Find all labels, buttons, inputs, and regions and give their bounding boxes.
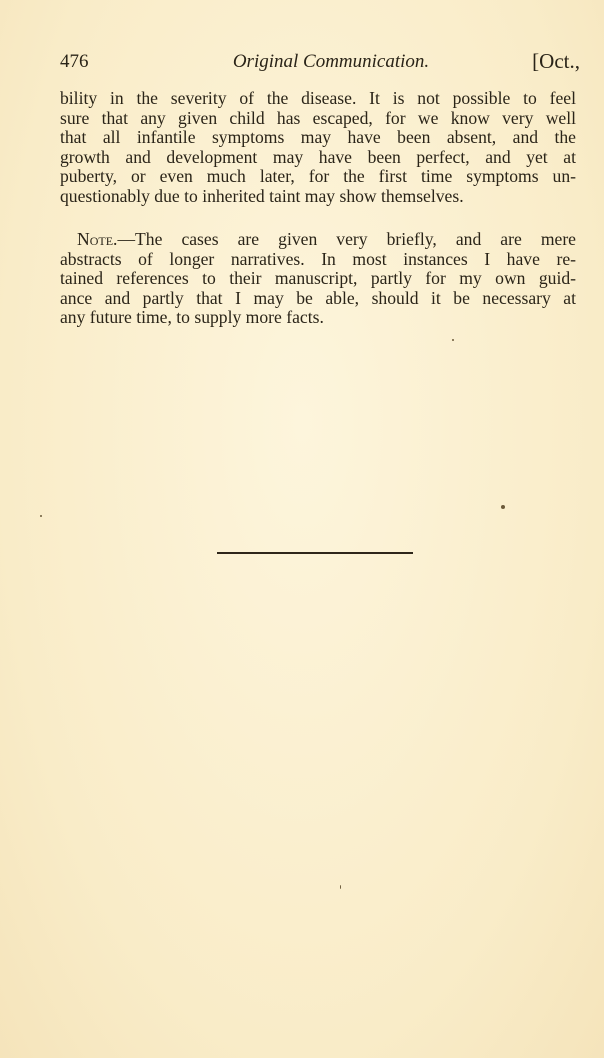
text-line: abstracts of longer narratives. In most …	[60, 250, 576, 270]
paper-speck	[40, 515, 42, 517]
note-label: Note.	[77, 229, 117, 249]
note-paragraph: Note.—The cases are given very briefly, …	[60, 230, 576, 328]
text-line: that all infantile symptoms may have bee…	[60, 128, 576, 148]
text-line: ance and partly that I may be able, shou…	[60, 289, 576, 309]
paper-speck	[452, 339, 454, 341]
section-divider-rule	[217, 552, 413, 554]
text-line: growth and development may have been per…	[60, 148, 576, 168]
text-line: —The cases are given very briefly, and a…	[117, 229, 576, 249]
text-line: bility in the severity of the disease. I…	[60, 89, 576, 109]
note-first-line: Note.—The cases are given very briefly, …	[60, 230, 576, 250]
paper-speck	[340, 885, 341, 889]
running-title: Original Communication.	[60, 51, 580, 73]
text-line: puberty, or even much later, for the fir…	[60, 167, 576, 187]
section-mark: [Oct.,	[532, 49, 580, 74]
text-line: questionably due to inherited taint may …	[60, 187, 576, 207]
paper-speck	[501, 505, 505, 509]
text-line: tained references to their manuscript, p…	[60, 269, 576, 289]
text-line: any future time, to supply more facts.	[60, 308, 576, 328]
paragraph-continuation: bility in the severity of the disease. I…	[60, 89, 576, 206]
text-line: sure that any given child has escaped, f…	[60, 109, 576, 129]
page-header: 476 Original Communication. [Oct.,	[60, 49, 580, 79]
